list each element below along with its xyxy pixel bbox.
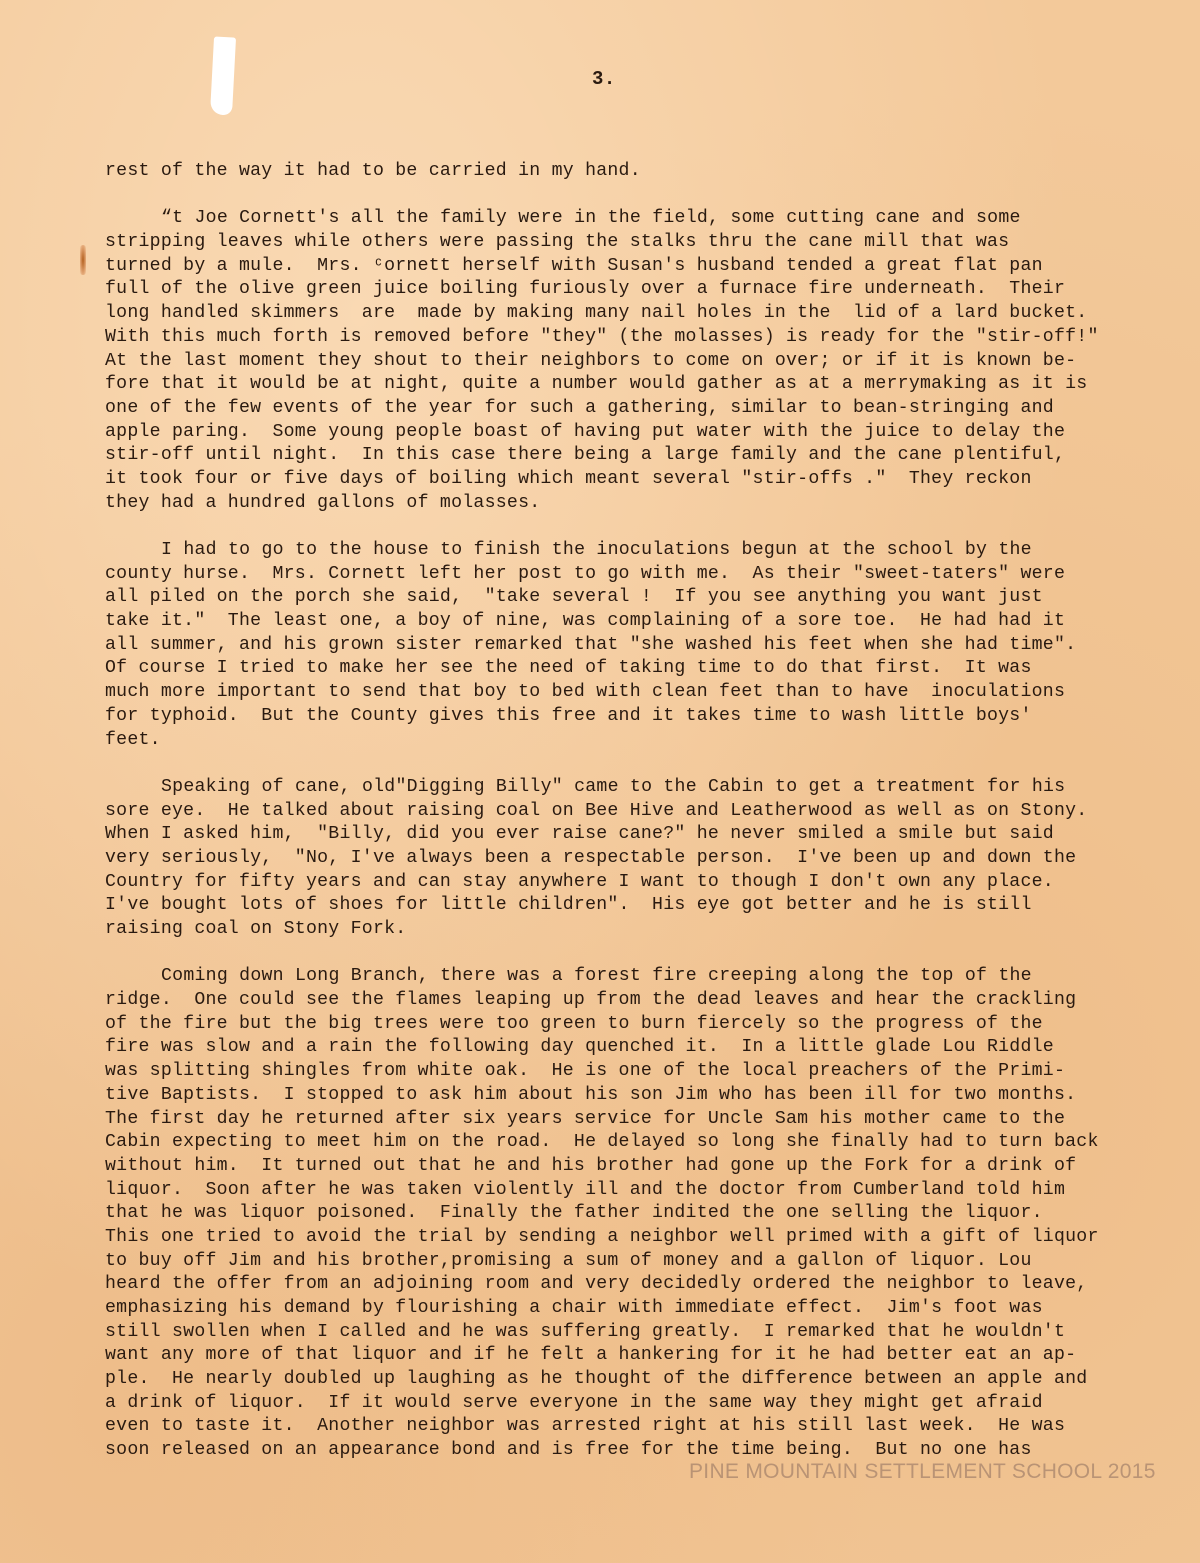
text-line: it took four or five days of boiling whi…	[105, 468, 1175, 492]
text-line: they had a hundred gallons of molasses.	[105, 492, 1175, 516]
text-line: Coming down Long Branch, there was a for…	[105, 965, 1175, 989]
text-line: This one tried to avoid the trial by sen…	[105, 1226, 1175, 1250]
text-line: Speaking of cane, old"Digging Billy" cam…	[105, 776, 1175, 800]
text-line: liquor. Soon after he was taken violentl…	[105, 1179, 1175, 1203]
text-line: full of the olive green juice boiling fu…	[105, 278, 1175, 302]
text-line: turned by a mule. Mrs. ᶜornett herself w…	[105, 255, 1175, 279]
text-line: of the fire but the big trees were too g…	[105, 1013, 1175, 1037]
text-line: even to taste it. Another neighbor was a…	[105, 1415, 1175, 1439]
text-line: one of the few events of the year for su…	[105, 397, 1175, 421]
text-line: county hurse. Mrs. Cornett left her post…	[105, 563, 1175, 587]
text-line: Cabin expecting to meet him on the road.…	[105, 1131, 1175, 1155]
text-line: very seriously, "No, I've always been a …	[105, 847, 1175, 871]
text-line: want any more of that liquor and if he f…	[105, 1344, 1175, 1368]
typed-body-text: rest of the way it had to be carried in …	[105, 160, 1175, 1487]
text-line: was splitting shingles from white oak. H…	[105, 1060, 1175, 1084]
text-line: feet.	[105, 729, 1175, 753]
text-line: raising coal on Stony Fork.	[105, 918, 1175, 942]
text-line: With this much forth is removed before "…	[105, 326, 1175, 350]
text-line: I've bought lots of shoes for little chi…	[105, 894, 1175, 918]
text-line: that he was liquor poisoned. Finally the…	[105, 1202, 1175, 1226]
text-line: without him. It turned out that he and h…	[105, 1155, 1175, 1179]
rust-stain	[80, 245, 86, 275]
text-line: much more important to send that boy to …	[105, 681, 1175, 705]
paper-tear-hole	[210, 36, 236, 115]
text-line: ridge. One could see the flames leaping …	[105, 989, 1175, 1013]
paragraph: “t Joe Cornett's all the family were in …	[105, 207, 1175, 515]
text-line: long handled skimmers are made by making…	[105, 302, 1175, 326]
text-line: I had to go to the house to finish the i…	[105, 539, 1175, 563]
text-line: a drink of liquor. If it would serve eve…	[105, 1392, 1175, 1416]
text-line: emphasizing his demand by flourishing a …	[105, 1297, 1175, 1321]
document-page: 3. rest of the way it had to be carried …	[0, 0, 1200, 1563]
text-line: tive Baptists. I stopped to ask him abou…	[105, 1084, 1175, 1108]
text-line: take it." The least one, a boy of nine, …	[105, 610, 1175, 634]
text-line: Country for fifty years and can stay any…	[105, 871, 1175, 895]
text-line: rest of the way it had to be carried in …	[105, 160, 1175, 184]
text-line: ple. He nearly doubled up laughing as he…	[105, 1368, 1175, 1392]
text-line: to buy off Jim and his brother,promising…	[105, 1250, 1175, 1274]
text-line: all piled on the porch she said, "take s…	[105, 586, 1175, 610]
text-line: Of course I tried to make her see the ne…	[105, 657, 1175, 681]
watermark: PINE MOUNTAIN SETTLEMENT SCHOOL 2015	[689, 1460, 1156, 1484]
text-line: “t Joe Cornett's all the family were in …	[105, 207, 1175, 231]
text-line: stir-off until night. In this case there…	[105, 444, 1175, 468]
text-line: still swollen when I called and he was s…	[105, 1321, 1175, 1345]
text-line: sore eye. He talked about raising coal o…	[105, 800, 1175, 824]
text-line: When I asked him, "Billy, did you ever r…	[105, 823, 1175, 847]
text-line: fore that it would be at night, quite a …	[105, 373, 1175, 397]
text-line: fire was slow and a rain the following d…	[105, 1036, 1175, 1060]
text-line: all summer, and his grown sister remarke…	[105, 634, 1175, 658]
text-line: The first day he returned after six year…	[105, 1108, 1175, 1132]
text-line: stripping leaves while others were passi…	[105, 231, 1175, 255]
text-line: At the last moment they shout to their n…	[105, 350, 1175, 374]
paragraph: Coming down Long Branch, there was a for…	[105, 965, 1175, 1462]
page-number: 3.	[592, 68, 616, 90]
text-line: for typhoid. But the County gives this f…	[105, 705, 1175, 729]
text-line: apple paring. Some young people boast of…	[105, 421, 1175, 445]
text-line: heard the offer from an adjoining room a…	[105, 1273, 1175, 1297]
paragraph: I had to go to the house to finish the i…	[105, 539, 1175, 752]
paragraph: rest of the way it had to be carried in …	[105, 160, 1175, 184]
paragraph: Speaking of cane, old"Digging Billy" cam…	[105, 776, 1175, 942]
